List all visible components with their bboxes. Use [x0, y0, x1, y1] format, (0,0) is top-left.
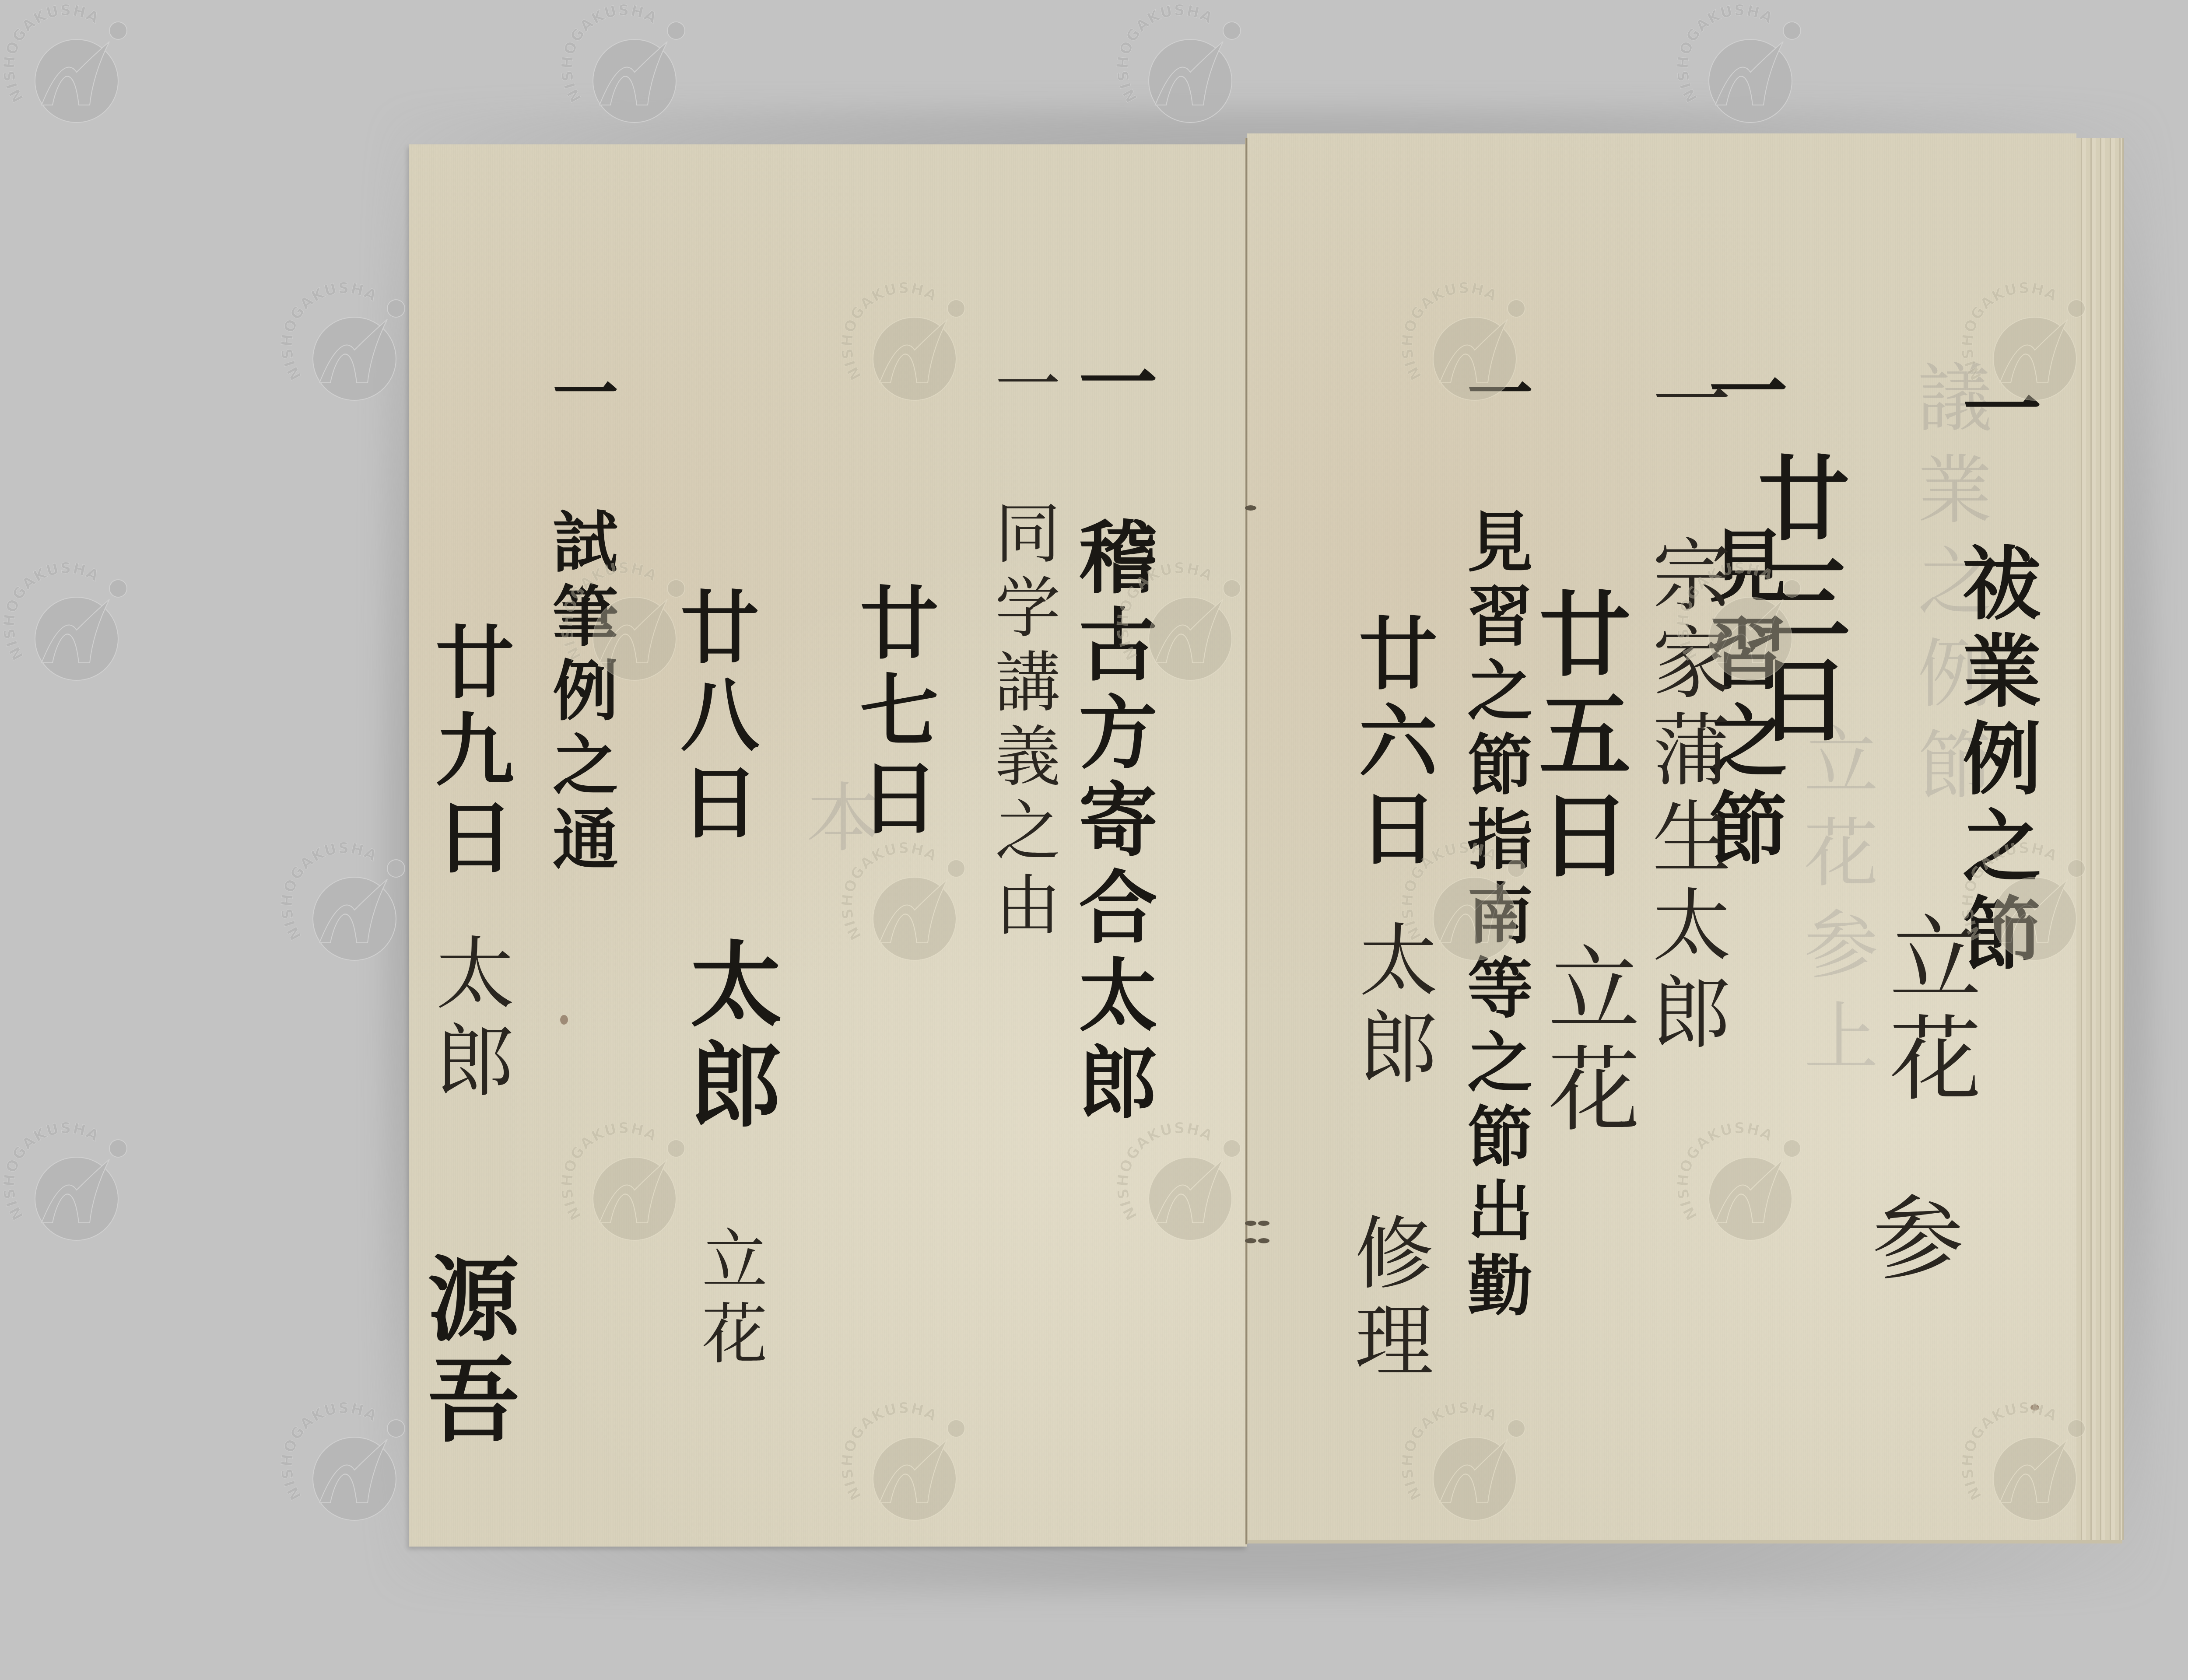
watermark-logo-icon: NISHOGAKUSHA [1687, 1131, 1805, 1249]
bleed-through-text: 立花参上 [1781, 722, 1888, 1089]
paper-stain [560, 1015, 568, 1025]
watermark-logo-icon: NISHOGAKUSHA [851, 851, 969, 969]
watermark-logo-icon: NISHOGAKUSHA [1971, 1411, 2090, 1529]
text-column: 立花 [1882, 910, 1974, 1111]
text-column: 一 同学講義之由 [989, 350, 1055, 945]
watermark-logo-icon: NISHOGAKUSHA [1687, 571, 1805, 689]
text-column: 廿九日 [429, 621, 508, 884]
watermark-logo-icon: NISHOGAKUSHA [1411, 291, 1529, 409]
binding-hole [1258, 1221, 1269, 1226]
text-column: 廿六日 [1352, 612, 1431, 875]
watermark-logo-icon: NISHOGAKUSHA [571, 571, 689, 689]
text-column: 一 宗家蒲生太郎 [1645, 359, 1724, 1059]
binding-hole [1258, 1238, 1269, 1243]
watermark-logo-icon: NISHOGAKUSHA [571, 1131, 689, 1249]
text-column: 立花 [1540, 941, 1632, 1142]
text-column: 立花 [696, 1225, 761, 1374]
binding-hole [1245, 1238, 1256, 1243]
text-column: 廿七日 [853, 582, 932, 844]
text-column: 一 稽古方寄合太郎 [1072, 341, 1151, 1129]
open-book: 議業之例節 立花参上 本 一 祓業例之節 立花 参 廿三日 一 見習之節 一 宗… [0, 0, 2188, 1680]
watermark-logo-icon: NISHOGAKUSHA [1127, 571, 1245, 689]
text-column: 参 [1864, 1190, 1956, 1291]
watermark-logo-icon: NISHOGAKUSHA [1971, 291, 2090, 409]
text-column: 一 見習之節指南等之節出勤 [1462, 359, 1527, 1326]
binding-hole [1245, 505, 1256, 511]
text-column: 源吾 [420, 1251, 512, 1452]
watermark-logo-icon: NISHOGAKUSHA [1411, 851, 1529, 969]
page-bottom-edge [1247, 1540, 2122, 1543]
text-column: 廿五日 [1532, 586, 1623, 888]
watermark-logo-icon: NISHOGAKUSHA [851, 1411, 969, 1529]
text-column: 修理 [1348, 1212, 1427, 1387]
text-column: 太郎 [429, 932, 508, 1107]
text-column: 太郎 [683, 936, 775, 1137]
watermark-logo-icon: NISHOGAKUSHA [1411, 1411, 1529, 1529]
book-gutter [1245, 138, 1248, 1544]
watermark-logo-icon: NISHOGAKUSHA [1971, 851, 2090, 969]
watermark-logo-icon: NISHOGAKUSHA [1127, 1131, 1245, 1249]
binding-hole [1245, 1221, 1256, 1226]
watermark-logo-icon: NISHOGAKUSHA [851, 291, 969, 409]
